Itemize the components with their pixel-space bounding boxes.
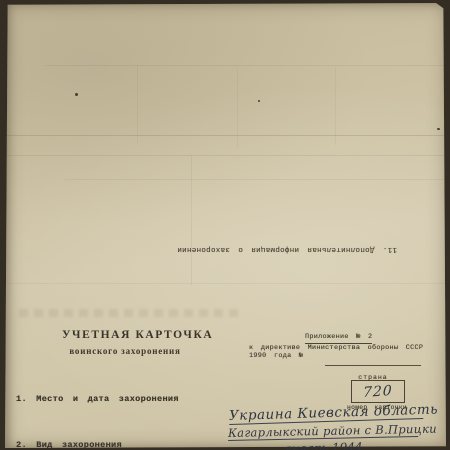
crease-line [65,179,445,180]
card-title-line2: воинского захоронения [62,346,188,356]
card-number-value: 720 [363,382,393,400]
show-through-rule [237,67,238,147]
appendix-line3: 1990 года № [249,352,421,361]
field1-handwritten-line3: январь 1944 [284,440,363,450]
crease-line [5,155,446,156]
show-through-rule [137,65,138,143]
appendix-reference: Приложение № 2 к директиве Министерства … [249,333,421,361]
show-through-rule [335,67,336,145]
scanned-document-photo: 11. Дополнительная информация о захороне… [0,0,450,450]
appendix-line1: Приложение № 2 [305,333,372,344]
crease-line [5,135,446,136]
field1-label: 1. Место и дата захоронения [16,394,179,404]
ink-bleedthrough [19,309,241,317]
crease-line [45,65,445,66]
appendix-line2: к директиве Министерства обороны СССР [249,344,421,353]
paper-speck [75,93,78,96]
field2-label: 2. Вид захоронения [16,440,122,450]
reverse-side-heading: 11. Дополнительная информация о захороне… [203,245,397,253]
paper-speck [437,128,440,130]
card-number-box: 720 [351,380,405,403]
paper-speck [258,100,260,102]
card-title: УЧЕТНАЯ КАРТОЧКА воинского захоронения [62,329,188,356]
show-through-rule [191,155,192,285]
card-title-line1: УЧЕТНАЯ КАРТОЧКА [62,329,188,341]
crease-line [5,283,446,284]
